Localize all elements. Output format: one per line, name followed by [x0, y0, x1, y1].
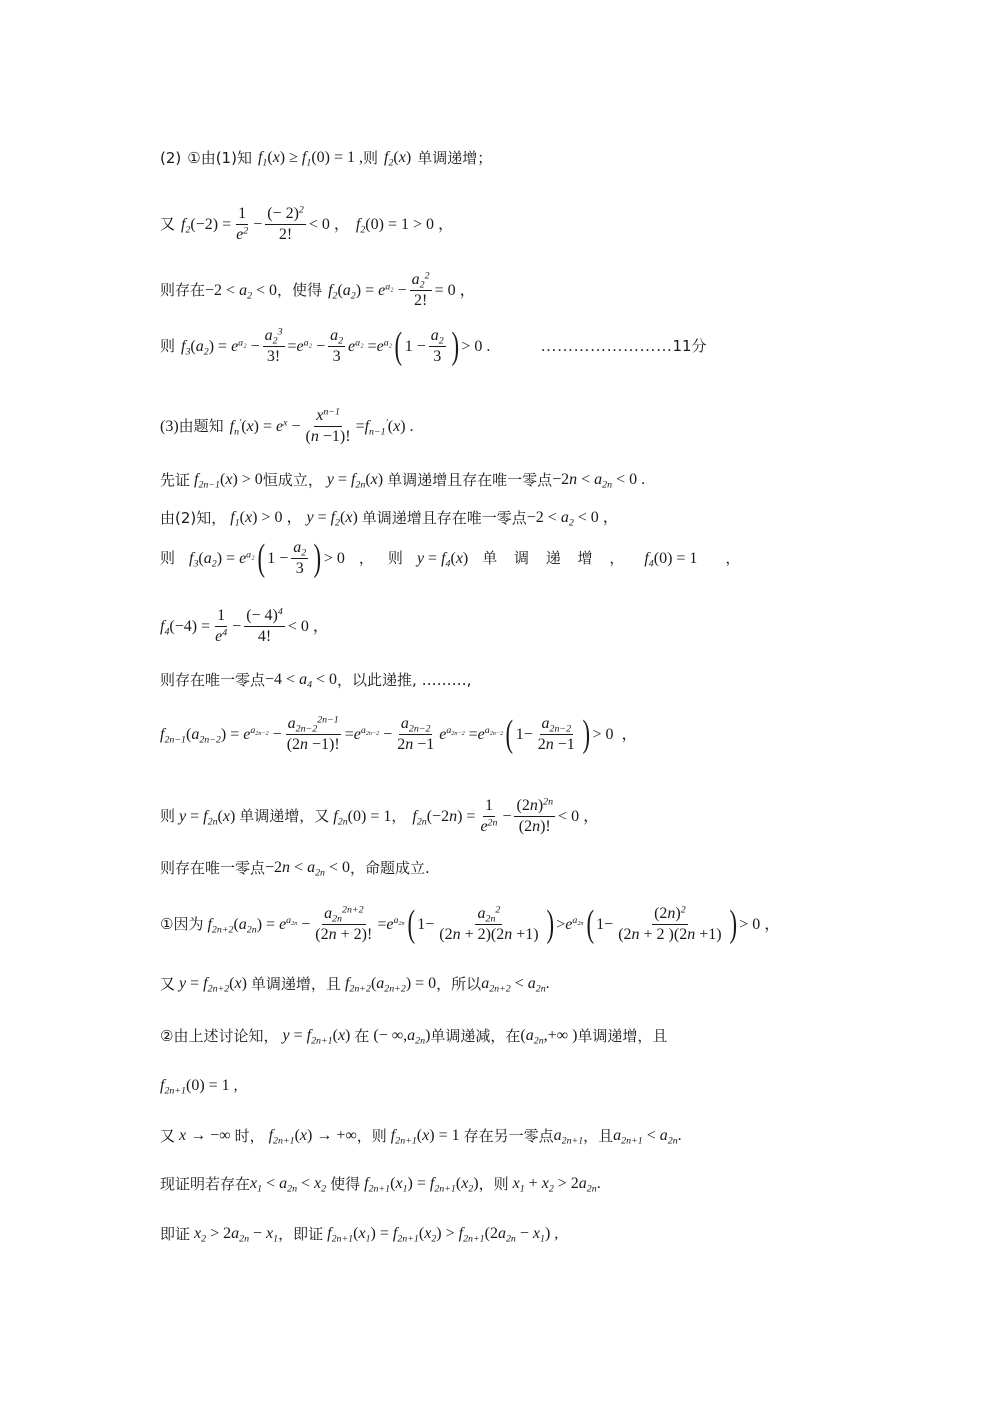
text: 则 — [388, 551, 403, 566]
text: ， — [725, 551, 740, 566]
part2-line1: (2) ① 由(1)知 f1(x) ≥ f1(0) = 1 , 则 f2(x) … — [160, 150, 492, 166]
part3-line7: f2n−1(a2n−2) = ea2n−2 − a2n−22n−1(2n −1)… — [160, 716, 638, 753]
fraction: xn−1(n −1)! — [304, 408, 353, 445]
part3-line5: f4(−4) = 1e4 − (− 4)44! < 0 ， — [160, 608, 329, 645]
part2-line4: 则 f3(a2) = ea₂ − a233! = ea₂ − a23 ea₂ =… — [160, 328, 707, 365]
fraction: 1e4 — [213, 608, 229, 645]
text: ，则 — [479, 1177, 509, 1192]
text: ，即证 — [278, 1227, 323, 1242]
text: 单 调 递 增 ， — [482, 551, 630, 566]
fraction: a23 — [429, 328, 446, 365]
part3-line12: ② 由上述讨论知， y = f2n+1(x) 在 (− ∞, a2n) 单调递减… — [160, 1028, 667, 1044]
part3-line4: 则 f3(a2) = ea₂ (1 − a23 )> 0 ， 则 y = f4(… — [160, 540, 740, 577]
text: 则 — [160, 809, 175, 824]
text: 则 — [160, 551, 175, 566]
score-label: 11分 — [672, 339, 706, 354]
part3-line9: 则存在唯一零点 −2n < a2n < 0 ，命题成立. — [160, 860, 430, 876]
part2-line3: 则存在 −2 < a2 < 0 ，使得 f2(a2) = ea₂ − a222!… — [160, 272, 476, 309]
score-dots: …………………… — [540, 339, 672, 355]
text: 单调递增； — [417, 151, 492, 166]
text: 则 — [160, 339, 175, 354]
fraction: (− 2)22! — [265, 206, 306, 243]
circled-two: ② — [160, 1029, 173, 1044]
text: 由(2)知， — [160, 511, 226, 526]
text: 则存在唯一零点 — [160, 861, 265, 876]
text: 又 — [160, 217, 175, 232]
text: 单调递增且存在唯一零点 — [387, 473, 552, 488]
fraction: a222! — [410, 272, 432, 309]
text: 存在另一零点 — [464, 1129, 554, 1144]
part3-line16: 即证 x2 > 2a2n − x1 ，即证 f2n+1(x1) = f2n+1(… — [160, 1226, 558, 1242]
text: ，且 — [583, 1129, 613, 1144]
part2-label: (2) — [160, 151, 181, 166]
math: f2(−2) = — [181, 217, 231, 233]
math: f1(x) ≥ f1(0) = 1 , — [258, 150, 363, 166]
text: 因为 — [173, 917, 203, 932]
text: 单调递增且存在唯一零点 — [362, 511, 527, 526]
fraction: 1e2n — [478, 798, 499, 835]
fraction: a23 — [328, 328, 345, 365]
text: 使得 — [330, 1177, 360, 1192]
part3-line14: 又 x → −∞ 时， f2n+1(x) → +∞ ，则 f2n+1(x) = … — [160, 1128, 682, 1144]
circled-one: ① — [160, 917, 173, 932]
part3-label: (3) — [160, 419, 179, 435]
text: ，以此递推, ………, — [337, 673, 471, 688]
text: 时， — [235, 1129, 265, 1144]
text: ，命题成立. — [350, 861, 430, 876]
text: 单调递减，在 — [430, 1029, 520, 1044]
text: ，使得 — [277, 283, 322, 298]
fraction: (2n)2(2n + 2 )(2n +1) — [616, 906, 723, 943]
text: 即证 — [160, 1227, 190, 1242]
text: 现证明若存在 — [160, 1177, 250, 1192]
part3-line15: 现证明若存在 x1 < a2n < x2 使得 f2n+1(x1) = f2n+… — [160, 1176, 601, 1192]
fraction: 1e2 — [234, 206, 250, 243]
text: 单调递增，又 — [239, 809, 329, 824]
part3-line2: 先证 f2n−1(x) > 0 恒成立， y = f2n(x) 单调递增且存在唯… — [160, 472, 645, 488]
text: ，所以 — [436, 977, 481, 992]
circled-one: ① — [187, 151, 200, 166]
text: ， — [391, 809, 406, 824]
fraction: a2n2n+2(2n + 2)! — [313, 906, 374, 943]
part3-line11: 又 y = f2n+2(x) 单调递增，且 f2n+2(a2n+2) = 0 ，… — [160, 976, 550, 992]
text: ， — [359, 551, 374, 566]
text: 单调递增，且 — [251, 977, 341, 992]
fraction: a233! — [263, 328, 285, 365]
math: f2(x) — [384, 150, 411, 166]
text: 由题知 — [179, 419, 224, 434]
fraction: (− 4)44! — [244, 608, 285, 645]
part3-line1: (3) 由题知 fn'(x) = ex − xn−1(n −1)! = fn−1… — [160, 408, 414, 445]
text: 由(1)知 — [201, 151, 252, 166]
text: ，则 — [357, 1129, 387, 1144]
text: 又 — [160, 977, 175, 992]
part3-line6: 则存在唯一零点 −4 < a4 < 0 ，以此递推, ………, — [160, 672, 471, 688]
text: 由上述讨论知， — [173, 1029, 278, 1044]
text: 则 — [363, 151, 378, 166]
fraction: a2n−22n −1 — [395, 716, 436, 753]
fraction: a2n−22n −1 — [536, 716, 577, 753]
text: 先证 — [160, 473, 190, 488]
text: 则存在 — [160, 283, 205, 298]
part3-line10: ① 因为 f2n+2(a2n) = ea2n − a2n2n+2(2n + 2)… — [160, 906, 780, 943]
fraction: a23 — [291, 540, 308, 577]
text: 恒成立， — [263, 473, 323, 488]
fraction: a2n2(2n + 2)(2n +1) — [437, 906, 540, 943]
part3-line3: 由(2)知， f1(x) > 0 ， y = f2(x) 单调递增且存在唯一零点… — [160, 510, 619, 526]
text: 在 — [354, 1029, 369, 1044]
text: 单调递增，且 — [577, 1029, 667, 1044]
part3-line13: f2n+1(0) = 1 , — [160, 1078, 238, 1094]
fraction: a2n−22n−1(2n −1)! — [285, 716, 342, 753]
fraction: (2n)2n(2n)! — [514, 798, 555, 835]
part2-line2: 又 f2(−2) = 1e2 − (− 2)22! < 0 ， f2(0) = … — [160, 206, 454, 243]
text: 又 — [160, 1129, 175, 1144]
part3-line8: 则 y = f2n(x) 单调递增，又 f2n(0) = 1 ， f2n(−2n… — [160, 798, 599, 835]
text: 则存在唯一零点 — [160, 673, 265, 688]
